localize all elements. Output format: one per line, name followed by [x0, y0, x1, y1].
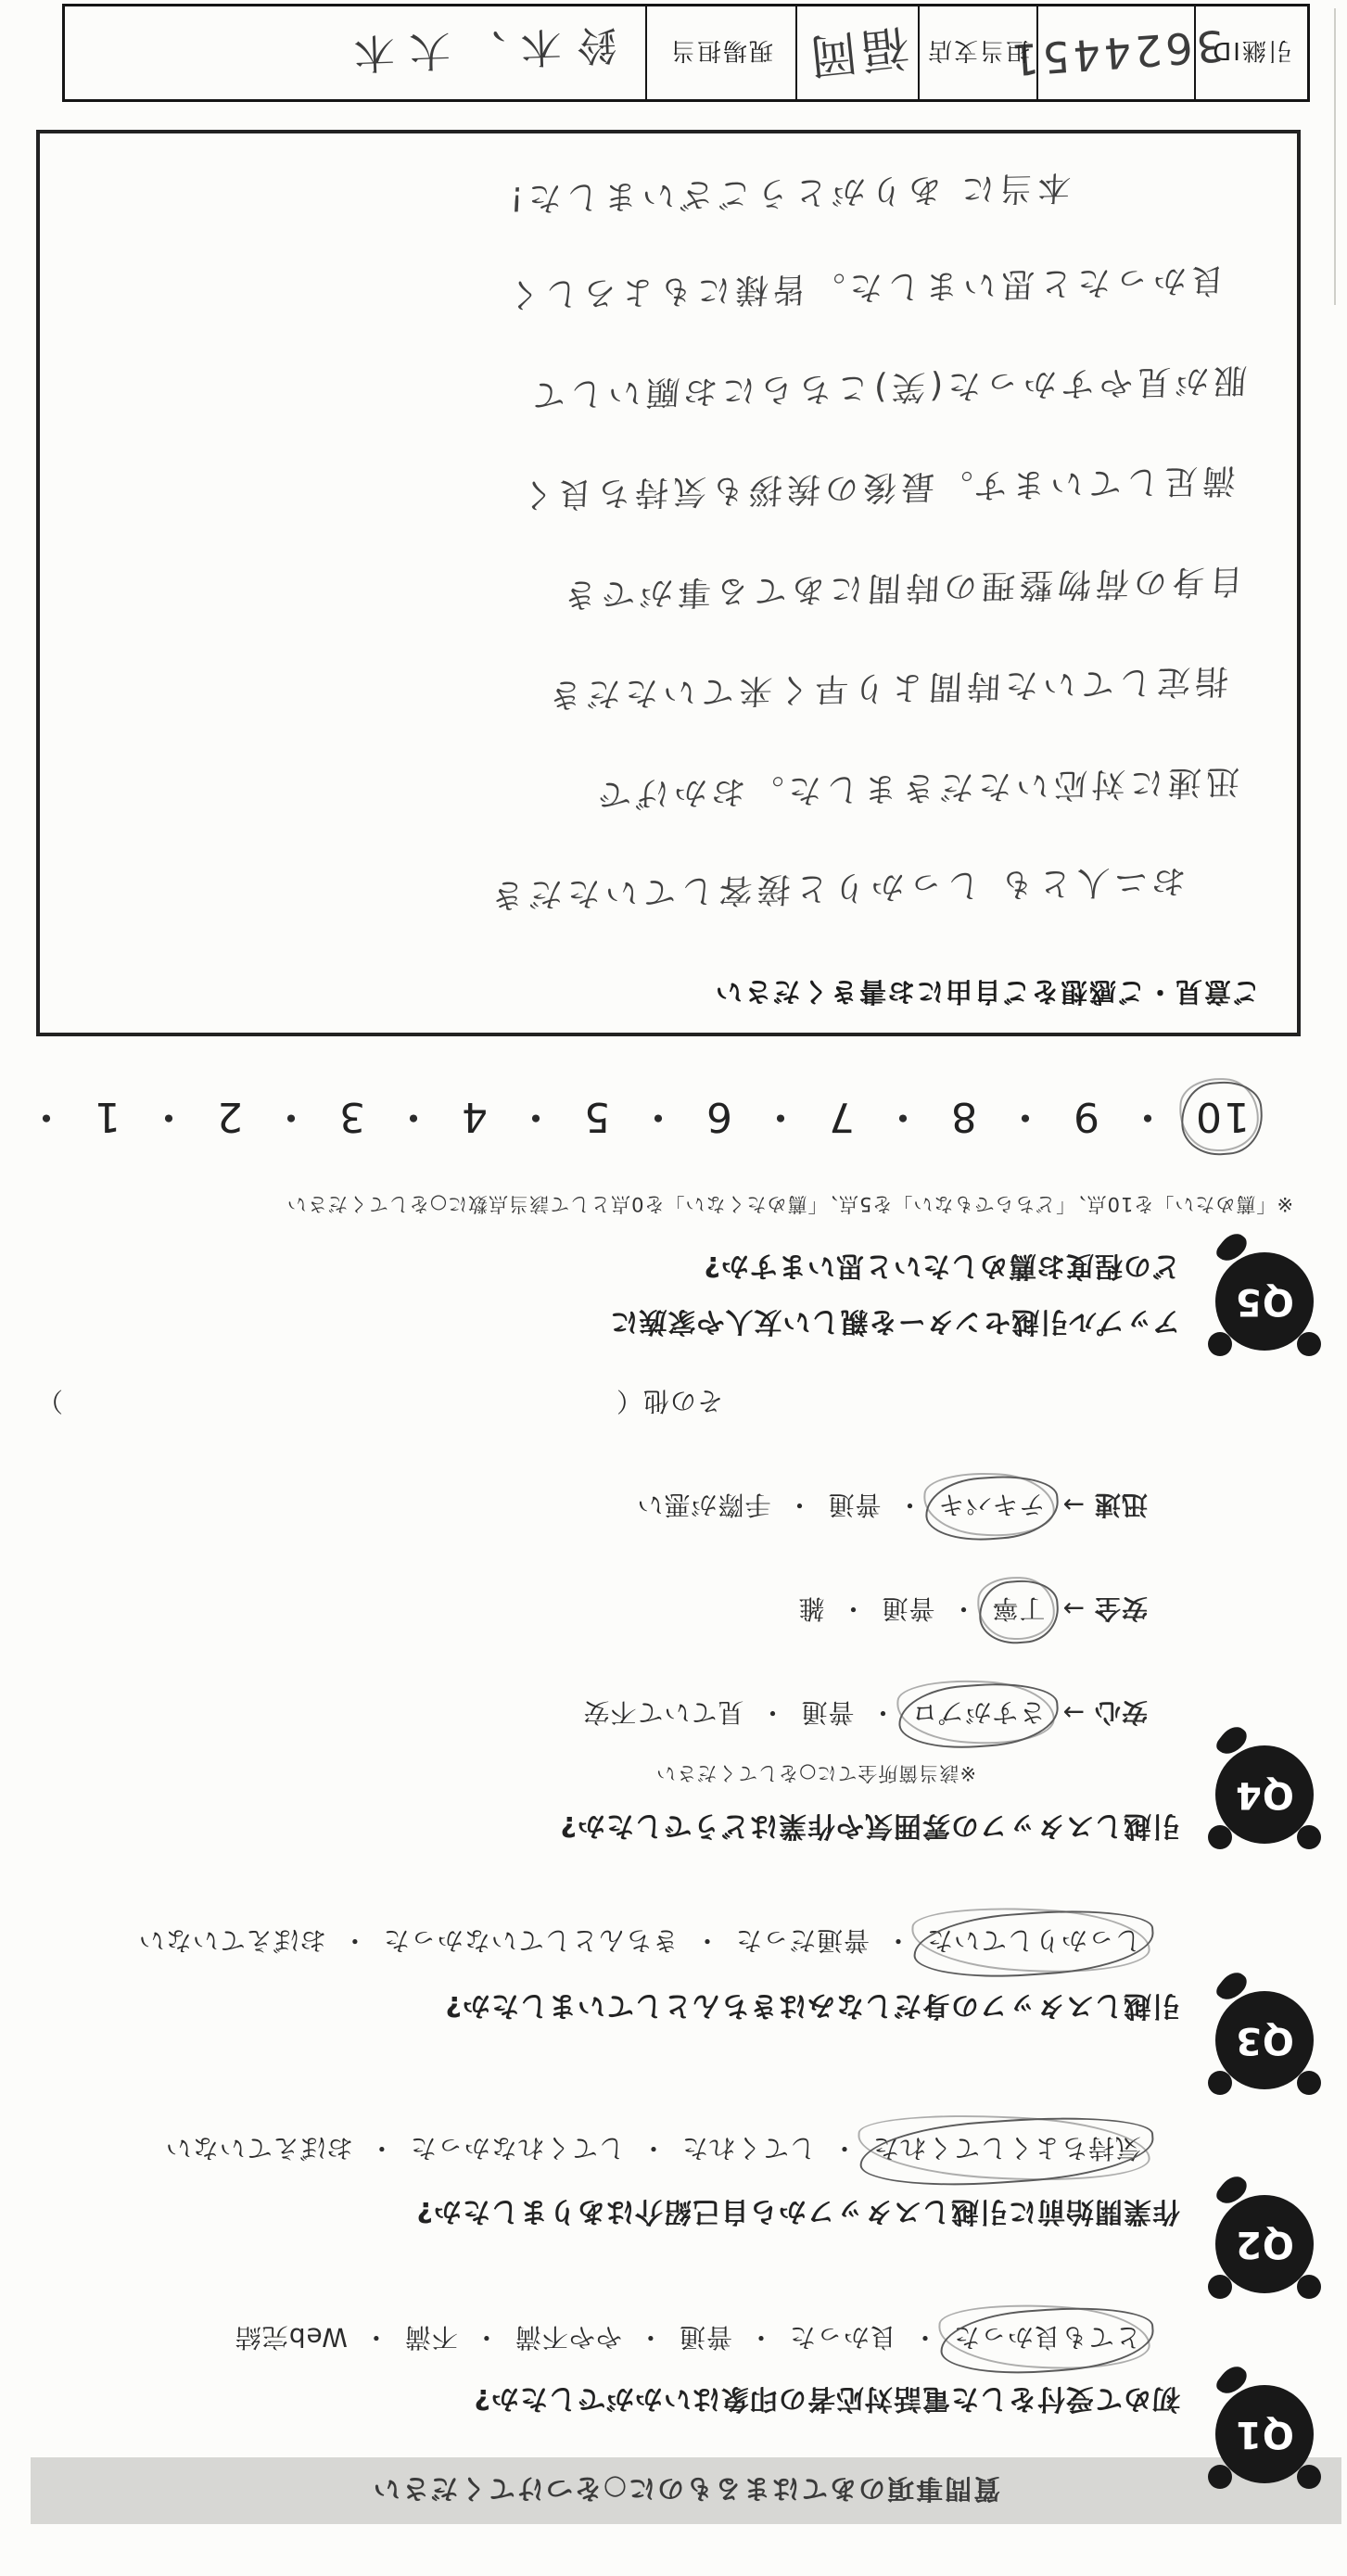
option-separator: ・ [341, 1925, 368, 1956]
badge-ear-icon [1297, 2465, 1321, 2489]
handwritten-line: 指定していた時間より早く来ていただき [543, 659, 1229, 721]
q3-option: きちんとしていなかった [383, 1925, 679, 1956]
q3-question: 引越しスタッフの身だしなみはきちんとしていましたか? [445, 1988, 1180, 2029]
q5-scale-point: 9 [1072, 1093, 1099, 1140]
footer-id-value-handwritten: 3624451 [1007, 20, 1226, 85]
q5-scale-point: 4 [460, 1093, 488, 1140]
q4-row-label: 安心 [1094, 1697, 1148, 1728]
q4-row-selected: 丁寧 [992, 1592, 1046, 1629]
scanned-survey-sheet: 質問事項のあてはまるものに○をつけてください Q1 初めて受付をした電話対応者の… [0, 0, 1347, 2576]
option-separator: ・ [839, 1593, 866, 1624]
q4-row-option: 普通 [881, 1593, 934, 1624]
q5-question-line1: アップル引越センターを親しい友人や家族に [610, 1304, 1181, 1345]
option-separator: ・ [758, 1697, 785, 1728]
q5-scale-point: 2 [215, 1093, 243, 1140]
handwritten-line: 本当に ありがとうございました! [504, 166, 1072, 225]
handwritten-line: 良かったと思いました。皆様にもよろしく [502, 259, 1226, 321]
q2-badge-label: Q2 [1215, 2195, 1314, 2293]
q1-badge-label: Q1 [1215, 2385, 1314, 2483]
q4-badge-icon: Q4 [1215, 1745, 1314, 1844]
survey-header-text: 質問事項のあてはまるものに○をつけてください [372, 2472, 1000, 2510]
q5-scale-point: 1 [93, 1093, 121, 1140]
q2-options: 気持ちよくしてくれた・してくれた・してくれなかった・おぼえていない [165, 2131, 1141, 2168]
footer-table: 引継ID 3624451 担当支店 福岡 現場担当 鈴木、大木 [62, 4, 1310, 102]
footer-branch-value-handwritten: 福岡 [803, 17, 913, 96]
q3-badge-icon: Q3 [1215, 1991, 1314, 2089]
q3-option: 普通だった [735, 1925, 870, 1956]
option-separator: ・ [896, 1490, 922, 1520]
footer-id-value-cell: 3624451 [1036, 6, 1194, 99]
q4-row-anshin: 安心→さすがプロ・普通・見ていて不安 [582, 1695, 1148, 1732]
option-separator: ・ [949, 1593, 976, 1624]
comments-header: ご意見・ご感想をご自由にお書きください [714, 974, 1260, 1012]
comments-box: ご意見・ご感想をご自由にお書きください おニ人とも しっかりと接客していただき … [36, 130, 1301, 1036]
q5-scale: 10・9・8・7・6・5・4・3・2・1・0 [0, 1091, 1250, 1150]
scale-separator: ・ [636, 1093, 679, 1140]
q1-option: 良かった [789, 2322, 896, 2353]
scale-separator: ・ [391, 1093, 434, 1140]
q4-row-option: 手際が悪い [636, 1490, 770, 1520]
scale-separator: ・ [1003, 1093, 1046, 1140]
scale-separator: ・ [146, 1093, 189, 1140]
scale-separator: ・ [24, 1093, 67, 1140]
footer-staff-value-handwritten: 鈴木、大木 [338, 19, 618, 87]
option-separator: ・ [911, 2322, 938, 2353]
q4-row-option: 普通 [827, 1490, 881, 1520]
handwritten-line: 自身の荷物整理の時間にあてる事ができ [558, 559, 1244, 621]
option-separator: ・ [884, 1925, 911, 1956]
scan-edge-artifact [1334, 8, 1336, 305]
q1-option: やや不満 [515, 2322, 622, 2353]
q1-option: 不満 [404, 2322, 458, 2353]
badge-ear-icon [1297, 2275, 1321, 2299]
q4-row-label: 迅速 [1094, 1490, 1148, 1520]
handwritten-line: 服が見やすかった(笑)こちらにお願いして [527, 359, 1248, 421]
footer-staff-label-cell: 現場担当 [645, 6, 795, 99]
q3-badge-label: Q3 [1215, 1991, 1314, 2089]
option-separator: ・ [785, 1490, 812, 1520]
q4-row-label: 安全 [1094, 1593, 1148, 1624]
scale-separator: ・ [269, 1093, 311, 1140]
q5-scale-selected: 10 [1194, 1093, 1250, 1140]
q5-scale-point: 8 [949, 1093, 977, 1140]
badge-ear-icon [1297, 1825, 1321, 1849]
q2-question: 作業開始前に引越しスタッフから自己紹介はありましたか? [416, 2194, 1180, 2235]
q5-scale-point: 7 [827, 1093, 855, 1140]
q1-options: とても良かった・良かった・普通・やや不満・不満・Web完結 [235, 2320, 1141, 2357]
option-separator: ・ [831, 2133, 858, 2164]
scale-separator: ・ [1125, 1093, 1168, 1140]
q2-badge-icon: Q2 [1215, 2195, 1314, 2293]
q5-scale-point: 6 [705, 1093, 732, 1140]
footer-branch-label-cell: 担当支店 [918, 6, 1036, 99]
option-separator: ・ [747, 2322, 774, 2353]
q4-question: 引越しスタッフの雰囲気や作業はどうでしたか? [560, 1808, 1180, 1849]
q3-options: しっかりしていた・普通だった・きちんとしていなかった・おぼえていない [138, 1923, 1141, 1961]
handwritten-line: 迅速に対応いただきました。おかげで [592, 760, 1240, 821]
q2-option: してくれた [681, 2133, 816, 2164]
q1-question: 初めて受付をした電話対応者の印象はいかがでしたか? [474, 2381, 1180, 2422]
q1-option: Web完結 [235, 2322, 348, 2353]
arrow-icon: → [1062, 1593, 1085, 1624]
q4-row-option: 普通 [800, 1697, 854, 1728]
handwritten-line: おニ人とも しっかりと接客していただき [485, 859, 1187, 921]
q5-scale-point: 5 [582, 1093, 610, 1140]
arrow-icon: → [1062, 1697, 1085, 1728]
q2-option: おぼえていない [165, 2133, 353, 2164]
footer-staff-label: 現場担当 [669, 36, 773, 70]
q2-option-selected: 気持ちよくしてくれた [872, 2131, 1141, 2168]
q5-badge-icon: Q5 [1215, 1252, 1314, 1351]
badge-ear-icon [1297, 1332, 1321, 1356]
scale-separator: ・ [758, 1093, 801, 1140]
option-separator: ・ [368, 2133, 395, 2164]
q4-row-option: 雑 [797, 1593, 824, 1624]
q4-badge-label: Q4 [1215, 1745, 1314, 1844]
q4-other-label: その他（ [616, 1384, 723, 1421]
q1-badge-icon: Q1 [1215, 2385, 1314, 2483]
option-separator: ・ [473, 2322, 500, 2353]
survey-form: 質問事項のあてはまるものに○をつけてください Q1 初めて受付をした電話対応者の… [0, 0, 1347, 2576]
scale-separator: ・ [514, 1093, 556, 1140]
q2-option: してくれなかった [410, 2133, 625, 2164]
q1-option: 普通 [679, 2322, 732, 2353]
option-separator: ・ [637, 2322, 664, 2353]
q4-row-jinsoku: 迅速→テキパキ・普通・手際が悪い [636, 1488, 1148, 1525]
q1-option-selected: とても良かった [953, 2320, 1141, 2357]
q4-row-selected: さすがプロ [911, 1695, 1046, 1732]
q4-row-option: 見ていて不安 [582, 1697, 743, 1728]
q5-note: ※「薦めたい」を10点、「どちらでもない」を5点、「薦めたくない」を0点として該… [286, 1191, 1293, 1219]
q4-note: ※該当箇所全てに○をしてください [655, 1760, 976, 1788]
handwritten-line: 満足しています。最後の挨拶も気持ち良く [515, 459, 1237, 521]
footer-branch-value-cell: 福岡 [795, 6, 918, 99]
option-separator: ・ [693, 1925, 720, 1956]
q5-question-line2: どの程度お薦めしたいと思いますか? [704, 1249, 1180, 1289]
q4-other-close: ） [36, 1384, 63, 1421]
option-separator: ・ [869, 1697, 896, 1728]
survey-header-bar: 質問事項のあてはまるものに○をつけてください [31, 2457, 1341, 2524]
q3-option-selected: しっかりしていた [926, 1923, 1141, 1961]
q3-option: おぼえていない [138, 1925, 326, 1956]
q4-row-anzen: 安全→丁寧・普通・雑 [797, 1592, 1148, 1629]
q5-badge-label: Q5 [1215, 1252, 1314, 1351]
scale-separator: ・ [881, 1093, 923, 1140]
footer-branch-label: 担当支店 [926, 36, 1030, 70]
q4-row-selected: テキパキ [938, 1488, 1046, 1525]
option-separator: ・ [640, 2133, 667, 2164]
option-separator: ・ [362, 2322, 389, 2353]
badge-ear-icon [1297, 2071, 1321, 2095]
footer-staff-value-cell: 鈴木、大木 [65, 6, 645, 99]
arrow-icon: → [1062, 1490, 1085, 1520]
q5-scale-point: 3 [337, 1093, 365, 1140]
